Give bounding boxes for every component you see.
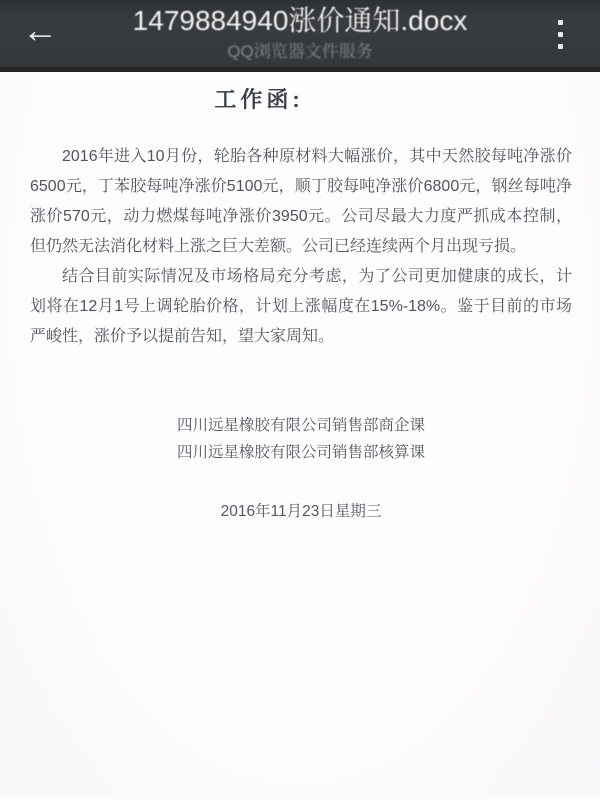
back-arrow-icon[interactable]: ←: [18, 8, 62, 52]
header-titles: 1479884940涨价通知.docx QQ浏览器文件服务: [70, 2, 530, 63]
paragraph-1: 2016年进入10月份，轮胎各种原材料大幅涨价，其中天然胶每吨净涨价6500元，…: [30, 142, 572, 262]
menu-dot: [558, 32, 563, 37]
app-header: ← 1479884940涨价通知.docx QQ浏览器文件服务: [0, 0, 600, 72]
signature-line-2: 四川远星橡胶有限公司销售部核算课: [30, 439, 572, 466]
document-page: 工作函: 2016年进入10月份，轮胎各种原材料大幅涨价，其中天然胶每吨净涨价6…: [0, 72, 600, 795]
date-line: 2016年11月23日星期三: [30, 499, 572, 521]
menu-dot: [558, 44, 563, 49]
file-service-label: QQ浏览器文件服务: [70, 41, 530, 63]
document-content: 工作函: 2016年进入10月份，轮胎各种原材料大幅涨价，其中天然胶每吨净涨价6…: [0, 72, 600, 521]
paragraph-2: 结合目前实际情况及市场格局充分考虑，为了公司更加健康的成长，计划将在12月1号上…: [30, 262, 572, 352]
signature-block: 四川远星橡胶有限公司销售部商企课 四川远星橡胶有限公司销售部核算课: [30, 412, 572, 466]
menu-dot: [558, 20, 563, 25]
file-title: 1479884940涨价通知.docx: [70, 2, 530, 40]
overflow-menu-icon[interactable]: [546, 12, 574, 56]
signature-line-1: 四川远星橡胶有限公司销售部商企课: [30, 412, 572, 439]
document-body: 2016年进入10月份，轮胎各种原材料大幅涨价，其中天然胶每吨净涨价6500元，…: [30, 142, 572, 352]
document-heading: 工作函:: [0, 86, 530, 114]
